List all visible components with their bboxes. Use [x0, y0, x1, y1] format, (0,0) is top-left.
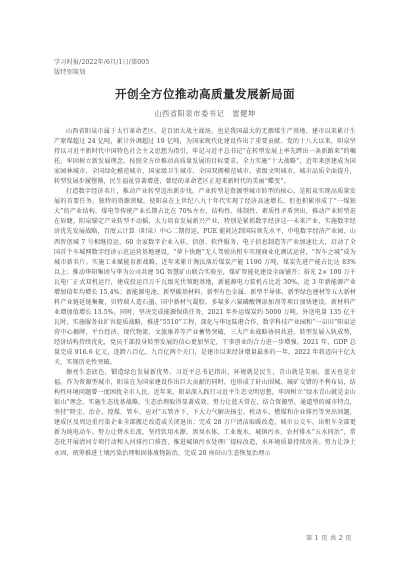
source-line: 学习时报/2022年/6月/1日/第005: [54, 58, 149, 68]
article-byline: 山西省阳泉市委书记雷健坤: [0, 109, 410, 119]
author-name: 雷健坤: [232, 109, 255, 118]
paragraph: 打造数字经济名片，推动产业转型迈出新步伐。产业转型是资源型城市转型的核心，是阳泉…: [54, 187, 356, 368]
article-title: 开创全方位推动高质量发展新局面: [0, 86, 410, 102]
section-line: 版特别策划: [54, 68, 149, 78]
document-header: 学习时报/2022年/6月/1日/第005 版特别策划: [54, 58, 149, 78]
article-body: 山西省阳泉市属于太行革命老区，是百团大战主战场，也是我国最大的无烟煤生产基地。建…: [54, 127, 356, 459]
paragraph: 擦亮生态底色，锻造绿色发展新优势。习近平总书记指出，环境就是民生，青山就是美丽，…: [54, 368, 356, 458]
author-position: 山西省阳泉市委书记: [154, 109, 224, 118]
paragraph: 山西省阳泉市属于太行革命老区，是百团大战主战场，也是我国最大的无烟煤生产基地。建…: [54, 127, 356, 187]
page-indicator: 第 1 页 共 2 页: [306, 533, 352, 542]
document-page: 学习时报/2022年/6月/1日/第005 版特别策划 开创全方位推动高质量发展…: [0, 0, 410, 580]
